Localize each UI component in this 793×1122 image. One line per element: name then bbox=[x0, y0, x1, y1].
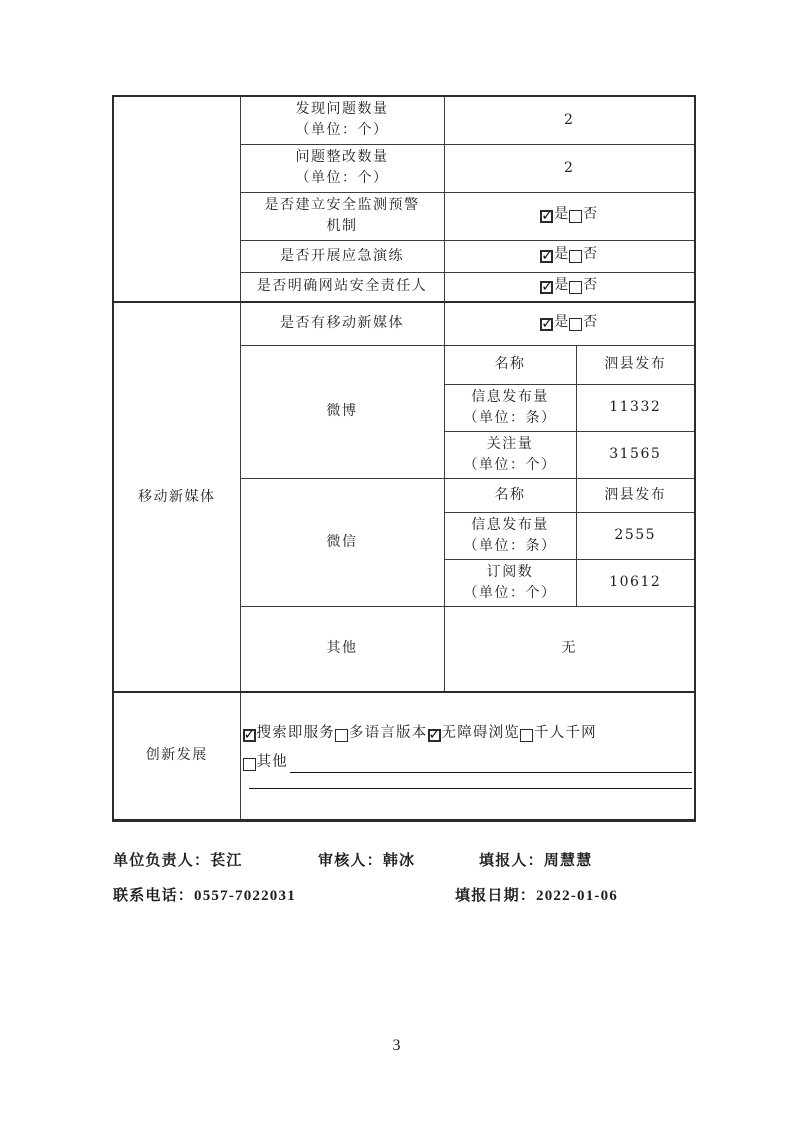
has-mobile-media-value: 是否 bbox=[444, 302, 695, 345]
reviewer-label: 审核人： bbox=[318, 853, 383, 869]
phone-value: 0557-7022031 bbox=[194, 888, 296, 904]
no-label: 否 bbox=[583, 275, 598, 296]
row-unit: （单位：个） bbox=[243, 120, 442, 141]
row-label: 发现问题数量 bbox=[243, 99, 442, 120]
innovation-options-row: 搜索即服务 多语言版本 无障碍浏览 千人千网 bbox=[243, 723, 693, 744]
row-unit: （单位：个） bbox=[447, 455, 574, 476]
emergency-drill-value: 是否 bbox=[444, 240, 695, 272]
innovation-other-row: 其他 bbox=[243, 752, 693, 773]
reviewer: 审核人：韩冰 bbox=[318, 849, 415, 870]
checkbox-no-icon[interactable] bbox=[569, 210, 582, 223]
yes-label: 是 bbox=[554, 204, 569, 225]
wechat-subscribers-value: 10612 bbox=[576, 559, 695, 606]
problems-fixed-value: 2 bbox=[444, 144, 695, 192]
document-page: 发现问题数量 （单位：个） 2 问题整改数量 （单位：个） 2 是否建立安全监测… bbox=[0, 0, 793, 1122]
innovation-option[interactable]: 多语言版本 bbox=[335, 723, 428, 744]
weibo-followers-value: 31565 bbox=[576, 431, 695, 478]
mobile-media-section-label: 移动新媒体 bbox=[113, 302, 240, 692]
no-label: 否 bbox=[583, 312, 598, 333]
checkbox-icon[interactable] bbox=[335, 729, 348, 742]
row-label: 是否建立安全监测预警 bbox=[243, 195, 442, 216]
responsible-label: 单位负责人： bbox=[113, 853, 210, 869]
row-label: 信息发布量 bbox=[447, 387, 574, 408]
wechat-label-cell: 微信 bbox=[240, 478, 444, 606]
other-fill-in-line[interactable] bbox=[290, 756, 692, 773]
checkbox-yes-icon[interactable] bbox=[540, 210, 553, 223]
checkbox-yes-icon[interactable] bbox=[540, 281, 553, 294]
option-label: 搜索即服务 bbox=[257, 723, 336, 744]
other-media-value: 无 bbox=[444, 606, 695, 692]
row-unit: （单位：条） bbox=[447, 408, 574, 429]
option-label: 多语言版本 bbox=[349, 723, 428, 744]
weibo-name-value: 泗县发布 bbox=[576, 345, 695, 384]
contact-phone: 联系电话：0557-7022031 bbox=[113, 884, 296, 905]
row-unit: （单位：条） bbox=[447, 536, 574, 557]
report-date: 填报日期：2022-01-06 bbox=[455, 884, 618, 905]
innovation-option[interactable]: 无障碍浏览 bbox=[428, 723, 521, 744]
wechat-name-label-cell: 名称 bbox=[444, 478, 576, 512]
checkbox-icon[interactable] bbox=[243, 758, 256, 771]
security-section-left-cell bbox=[113, 96, 240, 302]
wechat-subscribers-label-cell: 订阅数 （单位：个） bbox=[444, 559, 576, 606]
emergency-drill-label-cell: 是否开展应急演练 bbox=[240, 240, 444, 272]
wechat-posts-label-cell: 信息发布量 （单位：条） bbox=[444, 512, 576, 559]
security-officer-value: 是否 bbox=[444, 272, 695, 302]
yes-label: 是 bbox=[554, 275, 569, 296]
checkbox-yes-icon[interactable] bbox=[540, 318, 553, 331]
yes-no-value: 是否 bbox=[540, 204, 598, 225]
problems-found-label-cell: 发现问题数量 （单位：个） bbox=[240, 96, 444, 144]
innovation-option[interactable]: 千人千网 bbox=[520, 723, 597, 744]
table-row: 创新发展 搜索即服务 多语言版本 无障碍浏览 千人千网 其他 bbox=[113, 692, 695, 820]
problems-fixed-label-cell: 问题整改数量 （单位：个） bbox=[240, 144, 444, 192]
innovation-section-label: 创新发展 bbox=[113, 692, 240, 820]
no-label: 否 bbox=[583, 204, 598, 225]
checkbox-yes-icon[interactable] bbox=[540, 250, 553, 263]
option-label: 其他 bbox=[257, 752, 288, 773]
blank-fill-in-line[interactable] bbox=[249, 776, 693, 789]
warning-mechanism-value: 是否 bbox=[444, 192, 695, 240]
row-label: 信息发布量 bbox=[447, 515, 574, 536]
phone-label: 联系电话： bbox=[113, 888, 194, 904]
weibo-followers-label-cell: 关注量 （单位：个） bbox=[444, 431, 576, 478]
responsible-value: 苌江 bbox=[210, 853, 242, 869]
row-label: 机制 bbox=[243, 216, 442, 237]
row-unit: （单位：个） bbox=[447, 583, 574, 604]
weibo-name-label-cell: 名称 bbox=[444, 345, 576, 384]
option-label: 千人千网 bbox=[534, 723, 597, 744]
row-unit: （单位：个） bbox=[243, 168, 442, 189]
no-label: 否 bbox=[583, 244, 598, 265]
date-label: 填报日期： bbox=[455, 888, 536, 904]
warning-mechanism-label-cell: 是否建立安全监测预警 机制 bbox=[240, 192, 444, 240]
filler: 填报人：周慧慧 bbox=[479, 849, 592, 870]
weibo-label-cell: 微博 bbox=[240, 345, 444, 478]
innovation-option-other[interactable]: 其他 bbox=[243, 752, 288, 773]
security-officer-label-cell: 是否明确网站安全责任人 bbox=[240, 272, 444, 302]
yes-no-value: 是否 bbox=[540, 244, 598, 265]
innovation-content-cell: 搜索即服务 多语言版本 无障碍浏览 千人千网 其他 bbox=[240, 692, 695, 820]
report-table: 发现问题数量 （单位：个） 2 问题整改数量 （单位：个） 2 是否建立安全监测… bbox=[112, 95, 696, 822]
weibo-posts-value: 11332 bbox=[576, 384, 695, 431]
filler-value: 周慧慧 bbox=[544, 853, 593, 869]
checkbox-no-icon[interactable] bbox=[569, 318, 582, 331]
checkbox-icon[interactable] bbox=[520, 729, 533, 742]
yes-label: 是 bbox=[554, 312, 569, 333]
has-mobile-media-label-cell: 是否有移动新媒体 bbox=[240, 302, 444, 345]
innovation-option[interactable]: 搜索即服务 bbox=[243, 723, 336, 744]
yes-label: 是 bbox=[554, 244, 569, 265]
filler-label: 填报人： bbox=[479, 853, 544, 869]
problems-found-value: 2 bbox=[444, 96, 695, 144]
checkbox-no-icon[interactable] bbox=[569, 250, 582, 263]
checkbox-icon[interactable] bbox=[428, 729, 441, 742]
reviewer-value: 韩冰 bbox=[383, 853, 415, 869]
row-label: 关注量 bbox=[447, 434, 574, 455]
row-label: 问题整改数量 bbox=[243, 147, 442, 168]
weibo-posts-label-cell: 信息发布量 （单位：条） bbox=[444, 384, 576, 431]
wechat-name-value: 泗县发布 bbox=[576, 478, 695, 512]
table-row: 发现问题数量 （单位：个） 2 bbox=[113, 96, 695, 144]
responsible-person: 单位负责人：苌江 bbox=[113, 849, 243, 870]
date-value: 2022-01-06 bbox=[536, 888, 618, 904]
yes-no-value: 是否 bbox=[540, 275, 598, 296]
yes-no-value: 是否 bbox=[540, 312, 598, 333]
checkbox-icon[interactable] bbox=[243, 729, 256, 742]
wechat-posts-value: 2555 bbox=[576, 512, 695, 559]
option-label: 无障碍浏览 bbox=[442, 723, 521, 744]
checkbox-no-icon[interactable] bbox=[569, 281, 582, 294]
other-media-label-cell: 其他 bbox=[240, 606, 444, 692]
table-row: 移动新媒体 是否有移动新媒体 是否 bbox=[113, 302, 695, 345]
page-number: 3 bbox=[0, 1037, 793, 1055]
row-label: 订阅数 bbox=[447, 562, 574, 583]
